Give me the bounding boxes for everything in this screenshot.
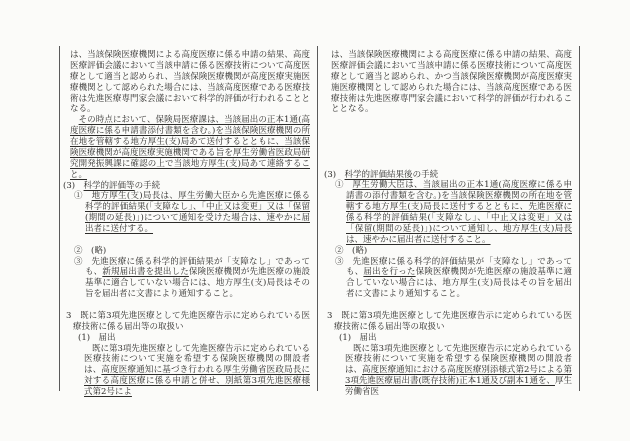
underlined-text: 厚生労働大臣は、当該届出の正本1通(高度医療に係る申請書の添付書類を含む。)を当… [346, 180, 572, 244]
comparison-left-column: は、当該保険医療機関による高度医療に係る申請の結果、高度医療評価会議において当該… [60, 45, 317, 398]
blank-space [70, 235, 310, 246]
text-run [70, 115, 79, 125]
item-circle-2: ② (略) [85, 246, 310, 257]
blank-space [331, 115, 572, 169]
notification-paragraph: 既に第3項先進医療として先進医療告示に定められている医療技術について実施を希望す… [84, 344, 310, 398]
underlined-text: 新規届出書を提出した [102, 267, 189, 277]
text-run: の手続 [135, 181, 161, 191]
added-procedure-paragraph: その時点において、保険局医療課は、当該届出の正本1通(高度医療に係る申請書添付書… [70, 115, 310, 180]
underlined-text: 地方厚生(支)局長は、厚生労働大臣から先進医療に係る科学的評価結果(「支障なし」… [85, 191, 310, 234]
item-1-heading: (1) 届出 [78, 333, 310, 344]
text-run: は、当該保険医療機関による高度医療に係る申請の結果、高度医療評価会議において当該… [331, 50, 572, 114]
item-1-heading: (1) 届出 [339, 333, 572, 344]
document-page: は、当該保険医療機関による高度医療に係る申請の結果、高度医療評価会議において当該… [0, 0, 630, 441]
item-circle-1: ① 厚生労働大臣は、当該届出の正本1通(高度医療に係る申請書の添付書類を含む。)… [346, 180, 572, 245]
text-run: ② (略) [74, 246, 106, 256]
underlined-text: 届出を行った [363, 267, 415, 277]
underlined-text: 高度医療通知における高度医療別添様式第2号による第3項先進医療届出書(既存技術)… [345, 365, 572, 386]
item-circle-3: ③ 先進医療に係る科学的評価結果が「支障なし」であっても、届出を行った保険医療機… [346, 257, 572, 301]
notification-paragraph: 既に第3項先進医療として先進医療告示に定められている医療技術について実施を希望す… [345, 344, 572, 398]
blank-space [331, 300, 572, 311]
table-right-border [579, 46, 580, 391]
item-circle-3: ③ 先進医療に係る科学的評価結果が「支障なし」であっても、新規届出書を提出した保… [85, 257, 310, 301]
comparison-right-column: は、当該保険医療機関による高度医療に係る申請の結果、高度医療評価会議において当該… [318, 45, 579, 398]
text-run: 3 既に第3項先進医療として先進医療告示に定められている医療技術に係る届出等の取… [66, 311, 310, 332]
item-3-heading: (3) 科学的評価等の手続 [63, 181, 310, 192]
text-run: (1) 届出 [78, 333, 116, 343]
continuation-paragraph: は、当該保険医療機関による高度医療に係る申請の結果、高度医療評価会議において当該… [331, 50, 572, 115]
continuation-paragraph: は、当該保険医療機関による高度医療に係る申請の結果、高度医療評価会議において当該… [70, 50, 310, 115]
item-circle-1: ① 地方厚生(支)局長は、厚生労働大臣から先進医療に係る科学的評価結果(「支障な… [85, 191, 310, 235]
underlined-text: その時点において、保険局医療課は、当該届出の正本1通(高度医療に係る申請書添付書… [70, 115, 310, 179]
text-run: (3) [63, 181, 84, 191]
underlined-text: 高度医療通知に基づき行われる厚生労働省医政局長に対する高度医療に係る申請と併せ、… [84, 365, 310, 397]
text-run: は、当該保険医療機関による高度医療に係る申請の結果、高度医療評価会議において当該… [70, 50, 310, 114]
item-circle-2: ② (略) [346, 246, 572, 257]
text-run: (1) 届出 [339, 333, 377, 343]
text-run: 3 既に第3項先進医療として先進医療告示に定められている医療技術に係る届出等の取… [327, 311, 572, 332]
text-run: ① [74, 191, 92, 201]
text-run: の手続 [413, 170, 439, 180]
blank-space [70, 300, 310, 311]
section-3-heading: 3 既に第3項先進医療として先進医療告示に定められている医療技術に係る届出等の取… [334, 311, 572, 333]
underlined-text: 科学的評価結果後 [345, 170, 413, 180]
underlined-text: 科学的評価等 [84, 181, 135, 191]
text-run: ① [335, 180, 353, 190]
text-run: ② (略) [335, 246, 367, 256]
section-3-heading: 3 既に第3項先進医療として先進医療告示に定められている医療技術に係る届出等の取… [73, 311, 310, 333]
text-run: (3) [324, 170, 345, 180]
item-3-heading: (3) 科学的評価結果後の手続 [324, 170, 572, 181]
